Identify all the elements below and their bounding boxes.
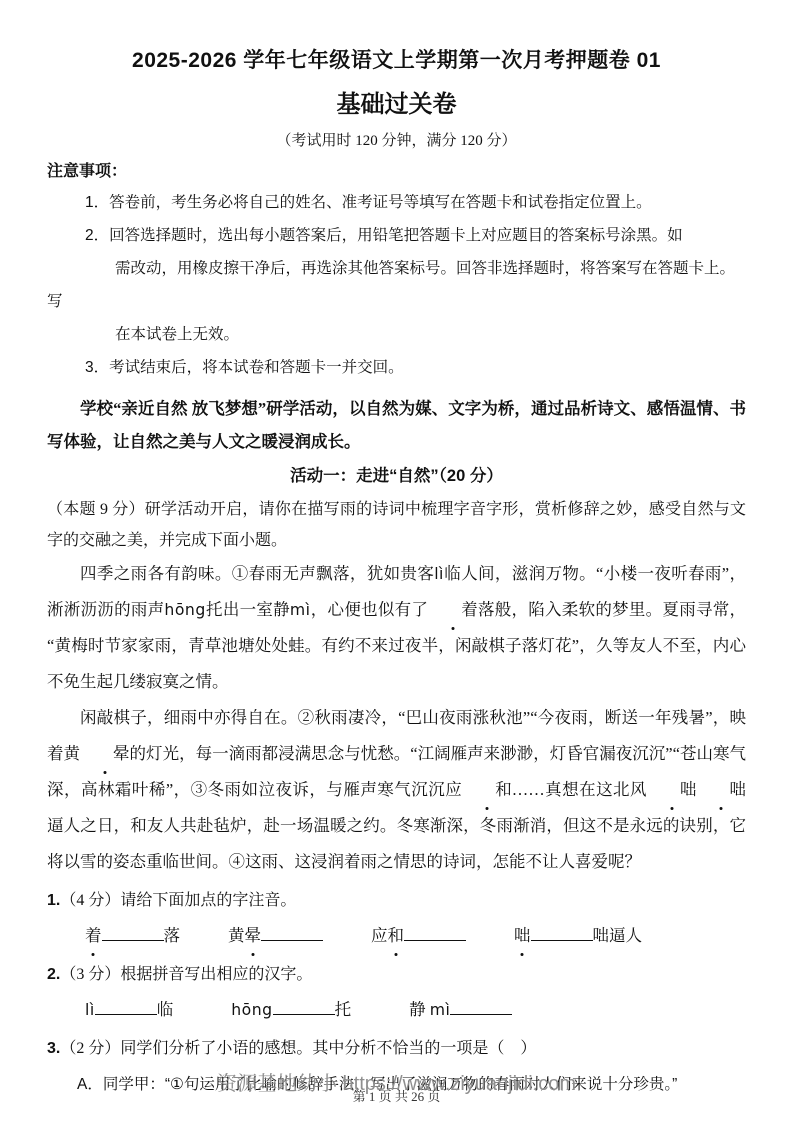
answer-blank [95,1000,157,1015]
pinyin-text: hōng [231,1000,272,1019]
question-2-text: （3 分）根据拼音写出相应的汉字。 [60,966,312,983]
dotted-char: 着 [428,592,478,628]
notice-item-2-orphan-char: 写 [47,285,746,318]
notice-item-2-line-3: 在本试卷上无效。 [47,318,746,351]
notice-item-2-line-2: 需改动，用橡皮擦干净后，再选涂其他答案标号。回答非选择题时，将答案写在答题卡上。 [47,252,746,285]
answer-blank [531,926,593,941]
question-1-number: 1. [47,892,60,909]
dotted-char: 晕 [80,736,130,772]
question-3-text: （2 分）同学们分析了小语的感想。其中分析不恰当的一项是（ ） [60,1040,536,1057]
text-run: 落 [164,926,181,945]
notice-section: 注意事项： 1．答卷前，考生务必将自己的姓名、准考证号等填写在答题卡和试卷指定位… [47,158,746,384]
dotted-char: 着 [85,918,102,954]
exam-paper-page: 2025-2026 学年七年级语文上学期第一次月考押题卷 01 基础过关卷 （考… [0,0,793,1122]
question-1-answer-line: 着落黄晕应和咄咄逼人 [47,918,746,954]
text-run: 托出一室静 [206,600,290,619]
dotted-char: 晕 [245,918,262,954]
answer-blank [404,926,466,941]
task-intro-paragraph: （本题 9 分）研学活动开启，请你在描写雨的诗词中梳理字音字形，赏析修辞之妙，感… [47,494,746,556]
text-run: ，心便也似有了 [311,600,429,619]
pinyin-text: lì [85,1000,95,1019]
question-1-text: （4 分）请给下面加点的字注音。 [60,892,296,909]
question-2-number: 2. [47,966,60,983]
activity-heading: 活动一：走进“自然”（20 分） [47,460,746,492]
page-subtitle: 基础过关卷 [47,88,746,122]
text-run: ……真想在这北风 [512,780,647,799]
passage-paragraph-1: 四季之雨各有韵味。①春雨无声飘落，犹如贵客lì临人间，滋润万物。“小楼一夜听春雨… [47,556,746,700]
text-run: 黄 [228,926,245,945]
text-run: 咄逼人 [593,926,643,945]
text-run: 四季之雨各有韵味。①春雨无声飘落，犹如贵客 [80,564,434,583]
notice-item-1: 1．答卷前，考生务必将自己的姓名、准考证号等填写在答题卡和试卷指定位置上。 [47,186,746,219]
dotted-char: 和 [388,918,405,954]
question-3-number: 3. [47,1040,60,1057]
question-2-stem: 2.（3 分）根据拼音写出相应的汉字。 [47,959,746,990]
text-run: 逼人之日，和友人共赴毡炉，赴一场温暖之约。冬寒渐深，冬雨渐消，但这不是永远的诀别… [47,816,746,871]
dotted-char: 咄 [514,918,531,954]
text-run: 静 [409,1000,430,1019]
dotted-char: 咄 [647,772,697,808]
answer-blank [450,1000,512,1015]
question-1-stem: 1.（4 分）请给下面加点的字注音。 [47,885,746,916]
dotted-char: 和 [462,772,512,808]
answer-blank [261,926,323,941]
notice-item-2-line-1: 2．回答选择题时，选出每小题答案后，用铅笔把答题卡上对应题目的答案标号涂黑。如 [47,219,746,252]
answer-blank [273,1000,335,1015]
text-run: 托 [335,1000,352,1019]
pinyin-text: lì [434,564,444,583]
question-2-answer-line: lì临hōng托静 mì [47,992,746,1028]
pinyin-text: mì [290,600,311,619]
notice-item-3: 3．考试结束后，将本试卷和答题卡一并交回。 [47,351,746,384]
pinyin-text: hōng [164,600,205,619]
exam-duration-info: （考试用时 120 分钟，满分 120 分） [47,128,746,154]
passage-paragraph-2: 闲敲棋子，细雨中亦得自在。②秋雨凄冷，“巴山夜雨涨秋池”“今夜雨，断送一年残暑”… [47,700,746,880]
page-number: 第 1 页 共 26 页 [0,1086,793,1105]
pinyin-text: mì [430,1000,451,1019]
reading-passage: 四季之雨各有韵味。①春雨无声飘落，犹如贵客lì临人间，滋润万物。“小楼一夜听春雨… [47,556,746,880]
question-3-stem: 3.（2 分）同学们分析了小语的感想。其中分析不恰当的一项是（ ） [47,1033,746,1064]
answer-blank [102,926,164,941]
text-run: 应 [371,926,388,945]
text-run: 临 [157,1000,174,1019]
page-title: 2025-2026 学年七年级语文上学期第一次月考押题卷 01 [47,46,746,76]
notice-heading: 注意事项： [47,158,746,186]
dotted-char: 咄 [697,772,747,808]
activity-theme-paragraph: 学校“亲近自然 放飞梦想”研学活动，以自然为媒、文字为桥，通过品析诗文、感悟温情… [47,392,746,458]
